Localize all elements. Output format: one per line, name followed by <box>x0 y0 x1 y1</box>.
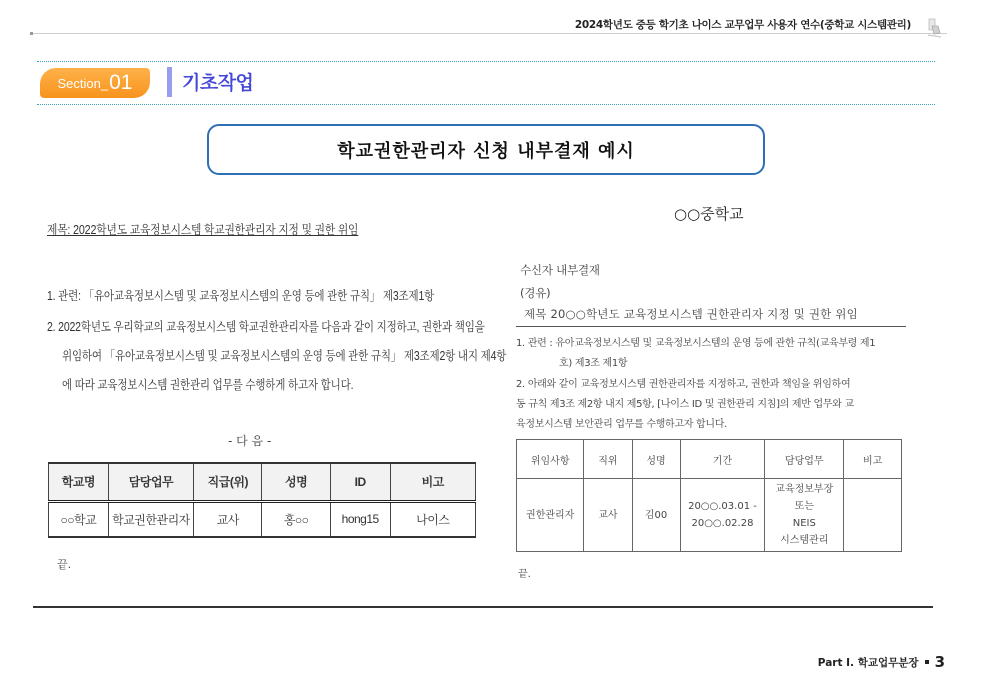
section-accent-bar <box>167 67 172 97</box>
table-header-cell: 성명 <box>632 440 680 479</box>
table-cell: 교사 <box>194 501 262 537</box>
table-header-cell: 담당업무 <box>108 463 193 501</box>
header-divider <box>30 33 947 34</box>
table-row: 권한관리자 교사 김00 20○○.03.01 - 20○○.02.28 교육정… <box>517 479 902 552</box>
section-bottom-dotted-rule <box>37 104 935 105</box>
table-header-cell: 학교명 <box>49 463 109 501</box>
table-cell-position: 교사 <box>584 479 632 552</box>
left-doc-paragraph: 2. 2022학년도 우리학교의 교육정보시스템 학교권한관리자를 다음과 같이… <box>47 317 485 335</box>
table-header-row: 학교명 담당업무 직급(위) 성명 ID 비고 <box>49 463 476 501</box>
left-doc-paragraph: 위임하여 「유아교육정보시스템 및 교육정보시스템의 운영 등에 관한 규칙」 … <box>62 346 506 364</box>
table-cell-note <box>844 479 902 552</box>
table-cell: 홍○○ <box>262 501 330 537</box>
right-doc-end-mark: 끝. <box>518 565 531 580</box>
left-doc-paragraph: 에 따라 교육정보시스템 권한관리 업무를 수행하게 하고자 합니다. <box>62 375 353 393</box>
page-footer: Part Ⅰ. 학교업무분장 3 <box>818 653 945 671</box>
left-doc-subject: 제목: 2022학년도 교육정보시스템 학교권한관리자 지정 및 권한 위임 <box>47 220 358 238</box>
table-header-cell: 직위 <box>584 440 632 479</box>
left-doc-end-mark: 끝. <box>57 556 71 572</box>
right-doc-table: 위임사항 직위 성명 기간 담당업무 비고 권한관리자 교사 김00 20○○.… <box>516 439 902 552</box>
footer-part-label: Part Ⅰ. 학교업무분장 <box>818 655 919 670</box>
right-doc-via: (경유) <box>520 285 550 301</box>
table-cell: hong15 <box>330 501 390 537</box>
right-doc-subject: 제목 20○○학년도 교육정보시스템 권한관리자 지정 및 권한 위임 <box>524 306 858 322</box>
right-doc-recipient: 수신자 내부결재 <box>520 262 600 278</box>
period-end: 20○○.02.28 <box>683 515 763 532</box>
bottom-divider <box>33 606 933 608</box>
square-bullet-icon <box>925 660 929 664</box>
table-cell-name: 김00 <box>632 479 680 552</box>
right-doc-paragraph: 육정보시스템 보안관리 업무를 수행하고자 합니다. <box>516 415 727 430</box>
right-doc-paragraph: 동 규칙 제3조 제2항 내지 제5항, [나이스 ID 및 권한관리 지침]의… <box>516 395 854 410</box>
section-tab: Section_01 <box>40 68 150 98</box>
table-header-row: 위임사항 직위 성명 기간 담당업무 비고 <box>517 440 902 479</box>
table-cell: 나이스 <box>390 501 475 537</box>
document-header-title: 2024학년도 중등 학기초 나이스 교무업무 사용자 연수(중학교 시스템관리… <box>575 17 911 32</box>
table-header-cell: 비고 <box>390 463 475 501</box>
right-doc-paragraph: 1. 관련 : 유아교육정보시스템 및 교육정보시스템의 운영 등에 관한 규칙… <box>516 334 875 349</box>
right-doc-subject-rule <box>516 326 906 327</box>
table-cell: 학교권한관리자 <box>108 501 193 537</box>
section-number: 01 <box>109 71 132 95</box>
example-title-box: 학교권한관리자 신청 내부결재 예시 <box>207 124 765 175</box>
left-doc-daum: - 다 음 - <box>228 432 271 449</box>
duty-line: 시스템관리 <box>767 532 841 549</box>
table-row: ○○학교 학교권한관리자 교사 홍○○ hong15 나이스 <box>49 501 476 537</box>
table-header-cell: 위임사항 <box>517 440 584 479</box>
period-start: 20○○.03.01 - <box>683 498 763 515</box>
section-label: Section_ <box>58 76 109 91</box>
duty-line: NEIS <box>767 515 841 532</box>
section-top-dotted-rule <box>37 61 935 62</box>
left-doc-paragraph: 1. 관련: 「유아교육정보시스템 및 교육정보시스템의 운영 등에 관한 규칙… <box>47 286 434 304</box>
table-header-cell: 기간 <box>680 440 765 479</box>
left-doc-table: 학교명 담당업무 직급(위) 성명 ID 비고 ○○학교 학교권한관리자 교사 … <box>48 462 476 538</box>
table-header-cell: 성명 <box>262 463 330 501</box>
table-cell-delegation: 권한관리자 <box>517 479 584 552</box>
book-clip-icon <box>926 18 942 38</box>
right-doc-school-name: ○○중학교 <box>674 203 744 224</box>
page-number: 3 <box>935 653 945 671</box>
duty-line: 교육정보부장 <box>767 481 841 498</box>
table-cell: ○○학교 <box>49 501 109 537</box>
table-header-cell: ID <box>330 463 390 501</box>
duty-line: 또는 <box>767 498 841 515</box>
table-header-cell: 담당업무 <box>765 440 844 479</box>
right-doc-paragraph: 호) 제3조 제1항 <box>559 354 627 369</box>
table-header-cell: 직급(위) <box>194 463 262 501</box>
table-header-cell: 비고 <box>844 440 902 479</box>
example-title: 학교권한관리자 신청 내부결재 예시 <box>337 137 635 163</box>
table-cell-period: 20○○.03.01 - 20○○.02.28 <box>680 479 765 552</box>
section-title: 기초작업 <box>182 68 253 95</box>
table-cell-duty: 교육정보부장 또는 NEIS 시스템관리 <box>765 479 844 552</box>
right-doc-paragraph: 2. 아래와 같이 교육정보시스템 권한관리자를 지정하고, 권한과 책임을 위… <box>516 375 850 390</box>
